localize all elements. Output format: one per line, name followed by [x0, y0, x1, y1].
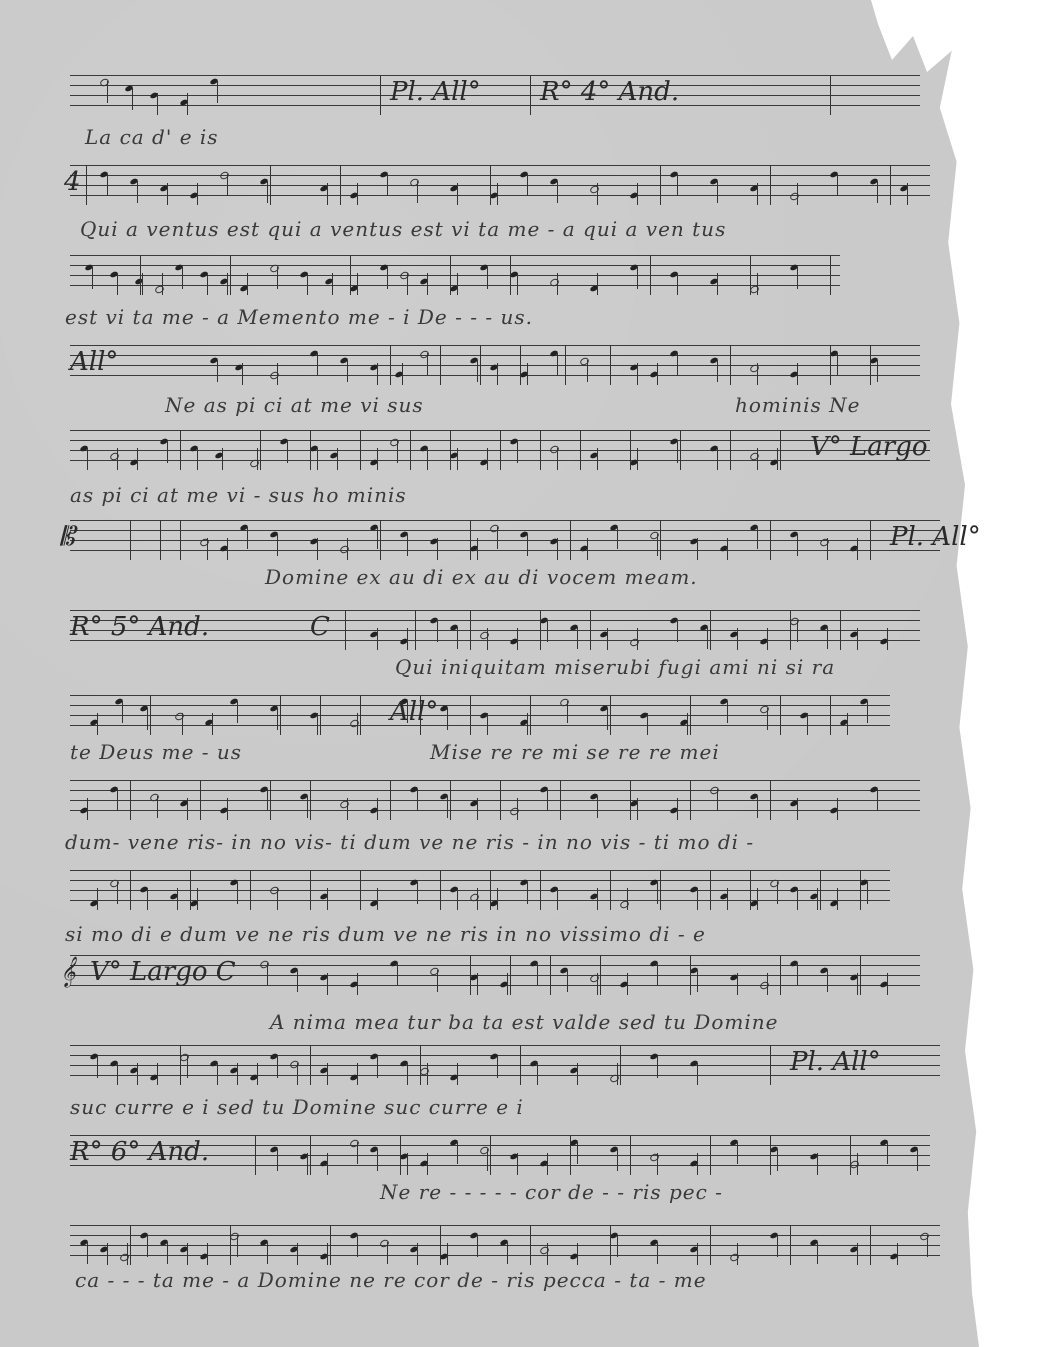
note-stem: [457, 273, 458, 295]
barline: [450, 255, 451, 295]
note-stem: [777, 1235, 778, 1257]
note-head: [729, 1252, 740, 1262]
note-stem: [757, 363, 758, 385]
note-stem: [147, 1235, 148, 1257]
barline: [790, 610, 791, 650]
note-stem: [187, 1243, 188, 1265]
note-stem: [567, 701, 568, 723]
barline: [530, 75, 531, 115]
note-head: [99, 77, 110, 87]
note-stem: [627, 888, 628, 910]
note-head: [399, 270, 410, 280]
note-stem: [337, 448, 338, 470]
note-stem: [142, 273, 143, 295]
note-stem: [197, 448, 198, 470]
notes-layer: [70, 345, 920, 385]
note-head: [339, 544, 350, 554]
note-head: [819, 537, 830, 547]
note-stem: [87, 798, 88, 820]
barline: [330, 1225, 331, 1265]
barline: [580, 430, 581, 470]
note-stem: [357, 183, 358, 205]
note-stem: [867, 701, 868, 723]
note-stem: [797, 534, 798, 556]
notes-layer: [70, 255, 840, 295]
note-head: [149, 792, 160, 802]
note-stem: [767, 973, 768, 995]
tempo-annotation: 4: [64, 167, 81, 197]
barline: [310, 780, 311, 820]
note-head: [589, 973, 600, 983]
barline: [610, 345, 611, 385]
note-stem: [162, 273, 163, 295]
note-stem: [657, 1153, 658, 1175]
note-stem: [777, 882, 778, 904]
note-stem: [607, 628, 608, 650]
note-stem: [597, 973, 598, 995]
note-stem: [657, 1056, 658, 1078]
barline: [500, 430, 501, 470]
note-stem: [167, 1242, 168, 1264]
note-stem: [627, 973, 628, 995]
note-stem: [887, 628, 888, 650]
note-stem: [517, 441, 518, 463]
note-stem: [397, 963, 398, 985]
barline: [630, 1135, 631, 1175]
note-stem: [332, 273, 333, 295]
note-stem: [457, 888, 458, 910]
note-stem: [257, 1063, 258, 1085]
note-stem: [477, 973, 478, 995]
lyric-line: Ne re - - - - - cor de - - ris pec -: [380, 1180, 723, 1204]
note-stem: [257, 448, 258, 470]
note-stem: [597, 448, 598, 470]
note-stem: [197, 183, 198, 205]
barline: [140, 255, 141, 295]
tempo-annotation: Pl. All°: [790, 1047, 881, 1077]
note-head: [154, 284, 165, 294]
note-stem: [117, 789, 118, 811]
note-head: [259, 959, 270, 969]
note-stem: [247, 527, 248, 549]
note-stem: [527, 174, 528, 196]
tempo-annotation: 𝄡: [60, 522, 75, 553]
barline: [130, 870, 131, 910]
note-stem: [182, 267, 183, 289]
note-head: [619, 899, 630, 909]
note-stem: [222, 448, 223, 470]
note-stem: [307, 1153, 308, 1175]
note-stem: [557, 538, 558, 560]
note-stem: [617, 1235, 618, 1257]
note-stem: [297, 1063, 298, 1085]
note-stem: [827, 627, 828, 649]
note-stem: [847, 713, 848, 735]
note-stem: [677, 441, 678, 463]
note-stem: [737, 1142, 738, 1164]
note-head: [379, 1238, 390, 1248]
note-stem: [697, 888, 698, 910]
note-stem: [517, 1153, 518, 1175]
note-head: [419, 349, 430, 359]
note-stem: [167, 441, 168, 463]
note-stem: [137, 448, 138, 470]
note-stem: [817, 888, 818, 910]
note-stem: [477, 1235, 478, 1257]
note-stem: [237, 882, 238, 904]
note-stem: [427, 1063, 428, 1085]
notes-layer: [70, 165, 930, 205]
barline: [410, 430, 411, 470]
note-stem: [677, 620, 678, 642]
note-stem: [357, 1063, 358, 1085]
barline: [310, 1135, 311, 1175]
note-stem: [347, 538, 348, 560]
note-stem: [607, 708, 608, 730]
note-stem: [757, 796, 758, 818]
note-stem: [767, 708, 768, 730]
note-stem: [357, 713, 358, 735]
barline: [690, 695, 691, 735]
note-head: [479, 630, 490, 640]
note-head: [219, 170, 230, 180]
barline: [350, 255, 351, 295]
barline: [530, 1225, 531, 1265]
barline: [600, 955, 601, 995]
barline: [730, 430, 731, 470]
note-stem: [277, 363, 278, 385]
note-stem: [557, 353, 558, 375]
note-head: [919, 1231, 930, 1241]
note-stem: [487, 628, 488, 650]
note-stem: [477, 798, 478, 820]
barline: [860, 955, 861, 995]
note-stem: [497, 183, 498, 205]
note-stem: [427, 353, 428, 375]
lyric-line: suc curre e i sed tu Domine suc curre e …: [70, 1095, 524, 1119]
notes-layer: [70, 520, 940, 560]
barline: [160, 520, 161, 560]
note-stem: [187, 1056, 188, 1078]
note-stem: [827, 538, 828, 560]
note-stem: [97, 713, 98, 735]
note-stem: [417, 181, 418, 203]
note-stem: [327, 1243, 328, 1265]
note-stem: [357, 1235, 358, 1257]
note-stem: [557, 273, 558, 295]
note-stem: [377, 888, 378, 910]
barline: [270, 165, 271, 205]
note-head: [709, 785, 720, 795]
barline: [620, 1045, 621, 1085]
note-stem: [277, 708, 278, 730]
note-stem: [857, 538, 858, 560]
barline: [150, 695, 151, 735]
note-stem: [797, 798, 798, 820]
barline: [400, 1135, 401, 1175]
note-stem: [497, 888, 498, 910]
note-head: [749, 363, 760, 373]
note-stem: [737, 628, 738, 650]
note-stem: [837, 888, 838, 910]
note-stem: [797, 888, 798, 910]
note-stem: [107, 81, 108, 103]
note-stem: [577, 1142, 578, 1164]
note-stem: [877, 360, 878, 382]
lyric-line: Mise re re mi se re re mei: [430, 740, 720, 764]
barline: [180, 430, 181, 470]
note-stem: [242, 363, 243, 385]
barline: [130, 780, 131, 820]
note-head: [549, 444, 560, 454]
barline: [770, 165, 771, 205]
note-stem: [457, 627, 458, 649]
barline: [190, 870, 191, 910]
note-stem: [92, 267, 93, 289]
note-stem: [677, 353, 678, 375]
note-stem: [817, 1242, 818, 1264]
barline: [415, 610, 416, 650]
note-stem: [517, 273, 518, 295]
note-stem: [107, 1243, 108, 1265]
barline: [660, 165, 661, 205]
note-stem: [677, 174, 678, 196]
note-stem: [407, 273, 408, 295]
note-stem: [357, 273, 358, 295]
barline: [500, 780, 501, 820]
note-head: [549, 277, 560, 287]
barline: [490, 1135, 491, 1175]
note-stem: [587, 538, 588, 560]
note-head: [649, 1152, 660, 1162]
note-stem: [857, 628, 858, 650]
note-stem: [227, 174, 228, 196]
notes-layer: [70, 430, 930, 470]
note-stem: [757, 527, 758, 549]
note-stem: [687, 713, 688, 735]
barline: [530, 695, 531, 735]
note-stem: [637, 448, 638, 470]
note-stem: [317, 448, 318, 470]
note-stem: [117, 273, 118, 295]
note-stem: [577, 1243, 578, 1265]
note-stem: [327, 973, 328, 995]
barline: [770, 780, 771, 820]
note-stem: [497, 1056, 498, 1078]
note-stem: [777, 448, 778, 470]
note-stem: [207, 538, 208, 560]
barline: [200, 780, 201, 820]
barline: [630, 780, 631, 820]
barline: [770, 1135, 771, 1175]
note-stem: [797, 363, 798, 385]
barline: [490, 870, 491, 910]
note-head: [409, 177, 420, 187]
note-head: [349, 1138, 360, 1148]
note-head: [269, 263, 280, 273]
note-stem: [307, 273, 308, 295]
note-stem: [717, 273, 718, 295]
note-stem: [387, 267, 388, 289]
barline: [260, 430, 261, 470]
note-stem: [637, 798, 638, 820]
note-stem: [407, 534, 408, 556]
note-head: [174, 711, 185, 721]
note-stem: [727, 701, 728, 723]
note-stem: [477, 888, 478, 910]
barline: [310, 430, 311, 470]
note-stem: [547, 1243, 548, 1265]
note-stem: [797, 183, 798, 205]
note-head: [469, 892, 480, 902]
note-stem: [357, 1142, 358, 1164]
note-head: [579, 356, 590, 366]
note-stem: [277, 888, 278, 910]
note-stem: [97, 888, 98, 910]
barline: [750, 255, 751, 295]
note-stem: [597, 796, 598, 818]
note-stem: [647, 713, 648, 735]
barline: [440, 1225, 441, 1265]
note-head: [339, 799, 350, 809]
barline: [710, 1225, 711, 1265]
note-stem: [797, 620, 798, 642]
note-stem: [87, 1242, 88, 1264]
note-stem: [697, 1153, 698, 1175]
barline: [180, 520, 181, 560]
barline: [770, 1045, 771, 1085]
note-stem: [487, 1149, 488, 1171]
note-stem: [477, 538, 478, 560]
lyric-line: Ne as pi ci at me vi sus: [165, 393, 424, 417]
note-stem: [737, 973, 738, 995]
note-head: [589, 184, 600, 194]
notes-layer: [70, 75, 920, 115]
note-stem: [327, 1063, 328, 1085]
note-stem: [497, 363, 498, 385]
note-stem: [417, 789, 418, 811]
note-stem: [517, 628, 518, 650]
note-stem: [387, 174, 388, 196]
note-stem: [217, 1063, 218, 1085]
note-stem: [357, 973, 358, 995]
note-stem: [447, 796, 448, 818]
note-stem: [767, 628, 768, 650]
note-stem: [677, 798, 678, 820]
note-stem: [657, 1242, 658, 1264]
barline: [470, 695, 471, 735]
note-stem: [427, 273, 428, 295]
note-stem: [617, 1063, 618, 1085]
barline: [440, 870, 441, 910]
note-stem: [147, 708, 148, 730]
note-stem: [317, 353, 318, 375]
note-stem: [697, 970, 698, 992]
barline: [320, 695, 321, 735]
note-stem: [817, 1153, 818, 1175]
lyric-line: hominis Ne: [735, 393, 861, 417]
note-stem: [227, 273, 228, 295]
note-stem: [267, 789, 268, 811]
barline: [310, 1045, 311, 1085]
barline: [340, 165, 341, 205]
note-stem: [387, 1242, 388, 1264]
lyric-line: Domine ex au di ex au di vocem meam.: [265, 565, 698, 589]
note-stem: [427, 448, 428, 470]
note-stem: [547, 620, 548, 642]
barline: [590, 610, 591, 650]
note-stem: [237, 1235, 238, 1257]
barline: [230, 1225, 231, 1265]
note-stem: [107, 174, 108, 196]
notes-layer: [70, 1225, 940, 1265]
note-head: [269, 885, 280, 895]
barline: [380, 75, 381, 115]
lyric-line: si mo di e dum ve ne ris dum ve ne ris i…: [65, 922, 706, 946]
note-stem: [517, 798, 518, 820]
note-stem: [717, 181, 718, 203]
barline: [830, 75, 831, 115]
note-stem: [97, 1056, 98, 1078]
tempo-annotation: R° 4° And.: [540, 77, 679, 107]
note-stem: [237, 701, 238, 723]
note-stem: [157, 93, 158, 115]
barline: [230, 255, 231, 295]
note-stem: [837, 174, 838, 196]
note-stem: [527, 534, 528, 556]
note-stem: [897, 1243, 898, 1265]
note-stem: [697, 538, 698, 560]
note-stem: [117, 882, 118, 904]
barline: [550, 955, 551, 995]
note-stem: [697, 1243, 698, 1265]
barline: [610, 870, 611, 910]
note-stem: [457, 1142, 458, 1164]
note-stem: [347, 798, 348, 820]
barline: [270, 780, 271, 820]
barline: [490, 165, 491, 205]
barline: [280, 695, 281, 735]
torn-edge: [909, 0, 1049, 1347]
note-stem: [577, 1063, 578, 1085]
note-stem: [377, 527, 378, 549]
note-stem: [637, 267, 638, 289]
note-stem: [597, 273, 598, 295]
note-stem: [657, 363, 658, 385]
tempo-annotation: All°: [70, 347, 118, 377]
note-stem: [267, 181, 268, 203]
barline: [870, 520, 871, 560]
barline: [680, 430, 681, 470]
barline: [255, 1135, 256, 1175]
note-head: [109, 451, 120, 461]
lyric-line: est vi ta me - a Memento me - i De - - -…: [65, 305, 533, 329]
note-stem: [617, 1149, 618, 1171]
note-stem: [447, 1243, 448, 1265]
note-stem: [182, 713, 183, 735]
barline: [470, 520, 471, 560]
note-stem: [867, 882, 868, 904]
note-stem: [537, 1063, 538, 1085]
note-stem: [397, 441, 398, 463]
barline: [560, 780, 561, 820]
note-stem: [207, 273, 208, 295]
barline: [860, 870, 861, 910]
note-head: [539, 1245, 550, 1255]
lyric-line: A nima mea tur ba ta est valde sed tu Do…: [270, 1010, 778, 1034]
note-stem: [437, 538, 438, 560]
barline: [630, 430, 631, 470]
